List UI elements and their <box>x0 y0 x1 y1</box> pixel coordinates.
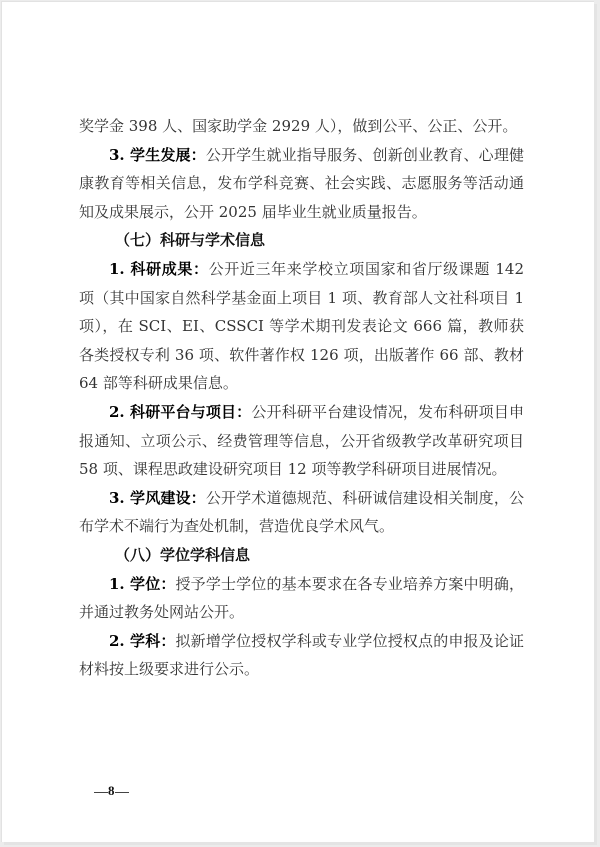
section-heading-research: （七）科研与学术信息 <box>79 226 524 255</box>
dash-right <box>115 792 129 793</box>
item-degree: 1. 学位：授予学士学位的基本要求在各专业培养方案中明确，并通过教务处网站公开。 <box>79 570 524 627</box>
item-label: 1. 科研成果： <box>109 260 209 278</box>
item-research-platforms: 2. 科研平台与项目：公开科研平台建设情况，发布科研项目申报通知、立项公示、经费… <box>79 398 524 484</box>
page-body: 奖学金 398 人、国家助学金 2929 人），做到公平、公正、公开。 3. 学… <box>79 112 524 684</box>
item-student-development: 3. 学生发展：公开学生就业指导服务、创新创业教育、心理健康教育等相关信息，发布… <box>79 141 524 227</box>
item-label: 2. 学科： <box>109 632 176 650</box>
item-research-results: 1. 科研成果：公开近三年来学校立项国家和省厅级课题 142 项（其中国家自然科… <box>79 255 524 398</box>
item-text: 公开近三年来学校立项国家和省厅级课题 142 项（其中国家自然科学基金面上项目 … <box>79 260 524 392</box>
dash-left <box>94 792 108 793</box>
item-discipline: 2. 学科：拟新增学位授权学科或专业学位授权点的申报及论证材料按上级要求进行公示… <box>79 627 524 684</box>
item-label: 3. 学生发展： <box>109 146 206 164</box>
page-number: 8 <box>108 783 115 798</box>
item-label: 2. 科研平台与项目： <box>109 403 251 421</box>
continuation-paragraph: 奖学金 398 人、国家助学金 2929 人），做到公平、公正、公开。 <box>79 112 524 141</box>
item-academic-ethics: 3. 学风建设：公开学术道德规范、科研诚信建设相关制度，公布学术不端行为查处机制… <box>79 484 524 541</box>
item-label: 3. 学风建设： <box>109 489 206 507</box>
item-label: 1. 学位： <box>109 575 176 593</box>
document-page: 奖学金 398 人、国家助学金 2929 人），做到公平、公正、公开。 3. 学… <box>1 1 594 842</box>
page-number-footer: 8 <box>94 783 129 799</box>
section-heading-degrees: （八）学位学科信息 <box>79 541 524 570</box>
